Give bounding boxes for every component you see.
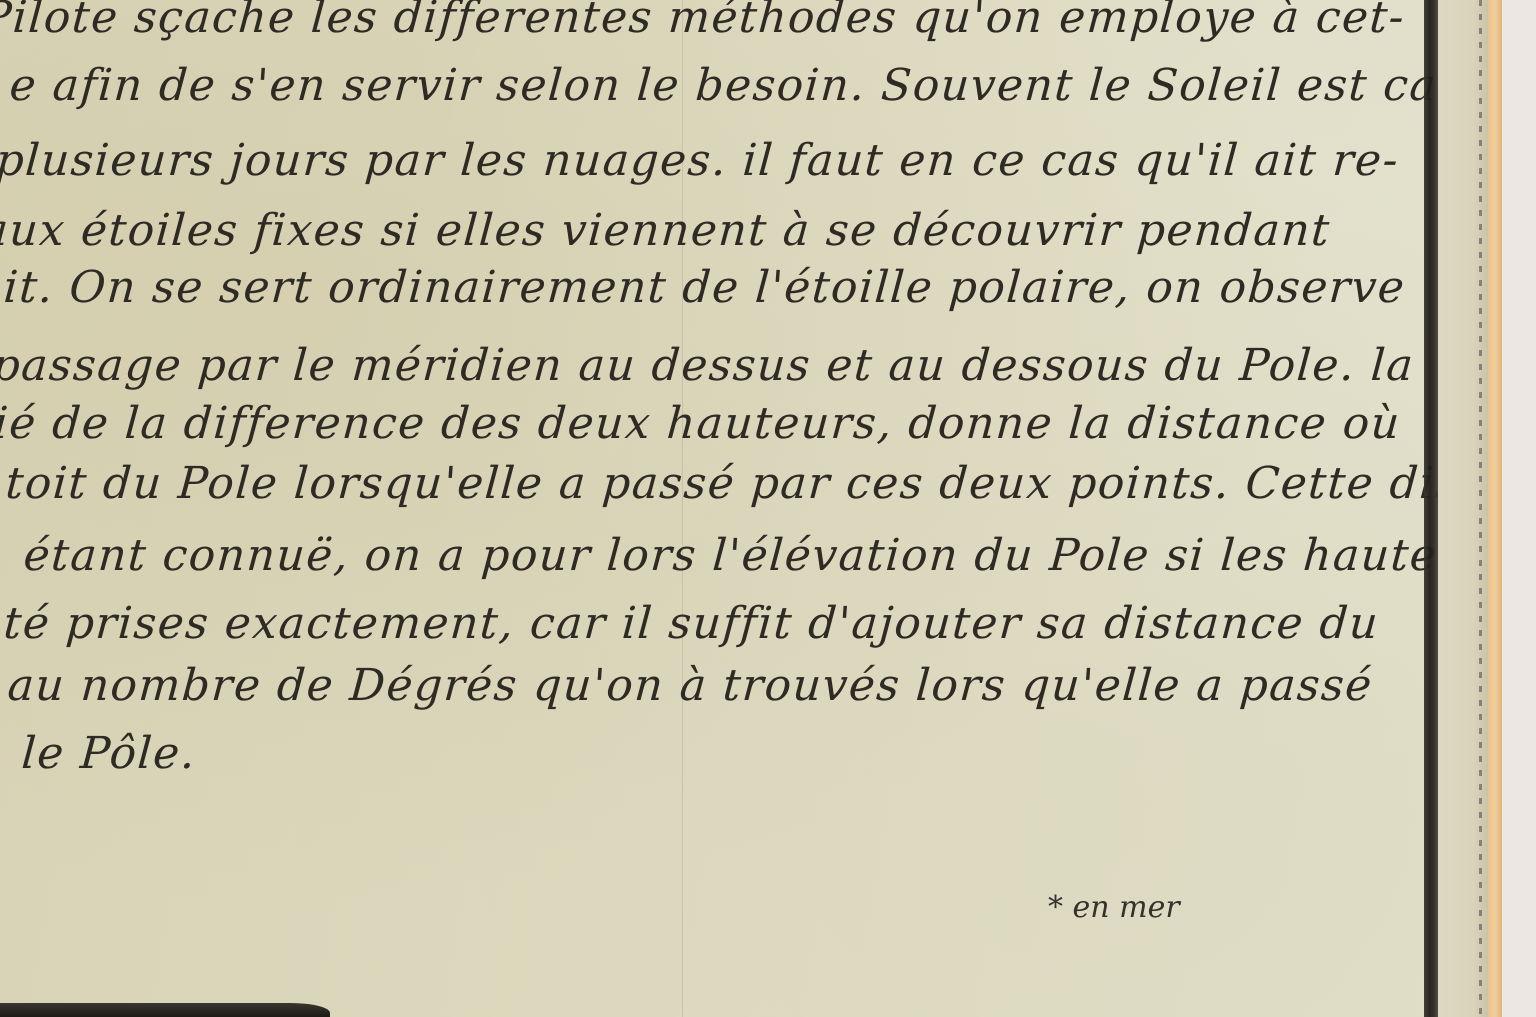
text-line-12: le Pôle. xyxy=(20,728,198,779)
text-line-6: passage par le méridien au dessus et au … xyxy=(0,340,1416,391)
bottom-border-rule xyxy=(0,1003,330,1017)
text-line-4: aux étoiles fixes si elles viennent à se… xyxy=(0,205,1332,256)
text-line-5: it. On se sert ordinairement de l'étoill… xyxy=(2,262,1407,313)
text-line-11: au nombre de Dégrés qu'on à trouvés lors… xyxy=(6,660,1375,711)
manuscript-text: Pilote sçache les differentes méthodes q… xyxy=(0,0,1420,1017)
frame-edge xyxy=(1488,0,1502,1017)
text-line-8: toit du Pole lorsqu'elle a passé par ces… xyxy=(4,458,1477,509)
text-line-7: ié de la difference des deux hauteurs, d… xyxy=(0,398,1402,449)
outer-hatched-line xyxy=(1479,0,1482,1017)
footnote: * en mer xyxy=(1048,890,1180,925)
text-line-9: étant connuë, on a pour lors l'élévation… xyxy=(22,530,1469,581)
text-line-2: e afin de s'en servir selon le besoin. S… xyxy=(8,60,1455,111)
document-photo: Pilote sçache les differentes méthodes q… xyxy=(0,0,1536,1017)
right-border-rule xyxy=(1424,0,1438,1017)
frame-mat xyxy=(1502,0,1536,1017)
text-line-1: Pilote sçache les differentes méthodes q… xyxy=(0,0,1407,43)
text-line-10: té prises exactement, car il suffit d'aj… xyxy=(2,598,1381,649)
text-line-3: plusieurs jours par les nuages. il faut … xyxy=(0,135,1401,186)
